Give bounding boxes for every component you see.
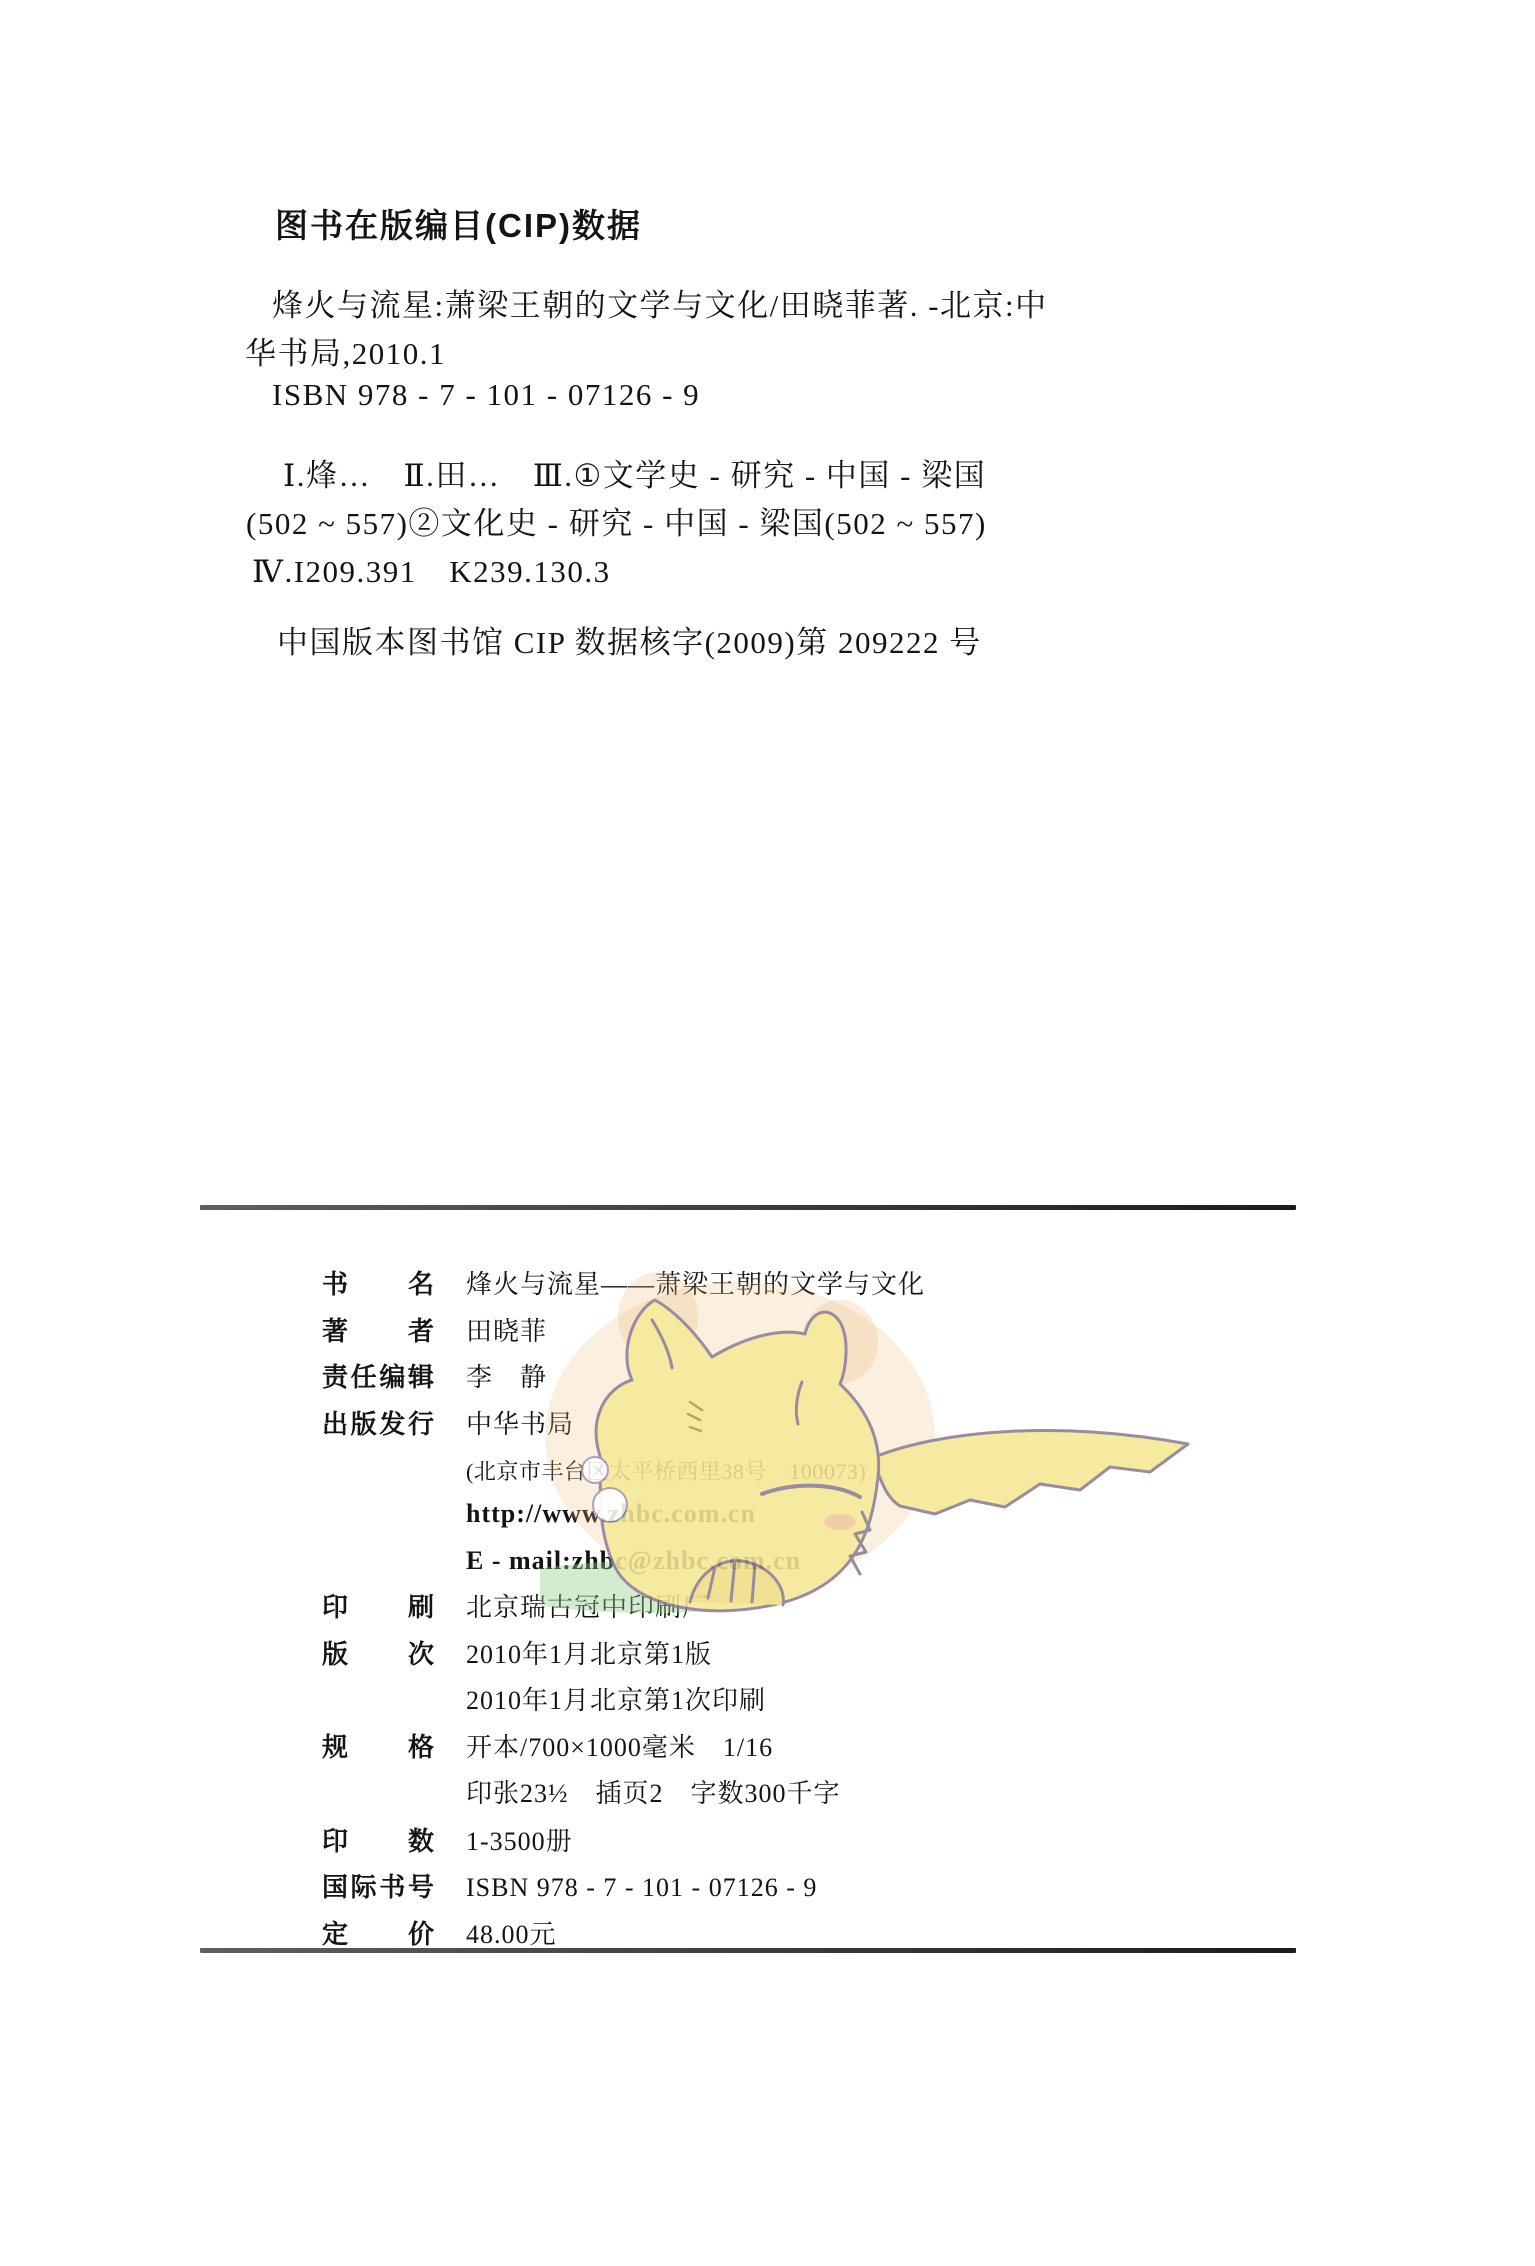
cip-line-classification: Ⅰ.烽… Ⅱ.田… Ⅲ.①文学史 - 研究 - 中国 - 梁国 (283, 450, 986, 495)
cip-line-isbn: ISBN 978 - 7 - 101 - 07126 - 9 (272, 377, 700, 413)
divider-bottom (200, 1948, 1296, 1953)
cip-record-number: 中国版本图书馆 CIP 数据核字(2009)第 209222 号 (277, 617, 982, 662)
divider-top (200, 1205, 1296, 1210)
cip-heading: 图书在版编目(CIP)数据 (275, 200, 642, 247)
cip-line-call-numbers: Ⅳ.I209.391 K239.130.3 (252, 546, 611, 591)
cip-line-title: 烽火与流星:萧梁王朝的文学与文化/田晓菲著. -北京:中 (272, 280, 1048, 325)
colophon-row-price: 定价48.00元 (283, 1895, 557, 1974)
book-copyright-page: 图书在版编目(CIP)数据 烽火与流星:萧梁王朝的文学与文化/田晓菲著. -北京… (0, 0, 1535, 2266)
colophon-value: 48.00元 (466, 1922, 557, 1948)
cip-line-publisher: 华书局,2010.1 (245, 328, 446, 373)
cip-line-classification-cont: (502 ~ 557)②文化史 - 研究 - 中国 - 梁国(502 ~ 557… (246, 498, 987, 543)
colophon-label: 定价 (322, 1921, 434, 1947)
